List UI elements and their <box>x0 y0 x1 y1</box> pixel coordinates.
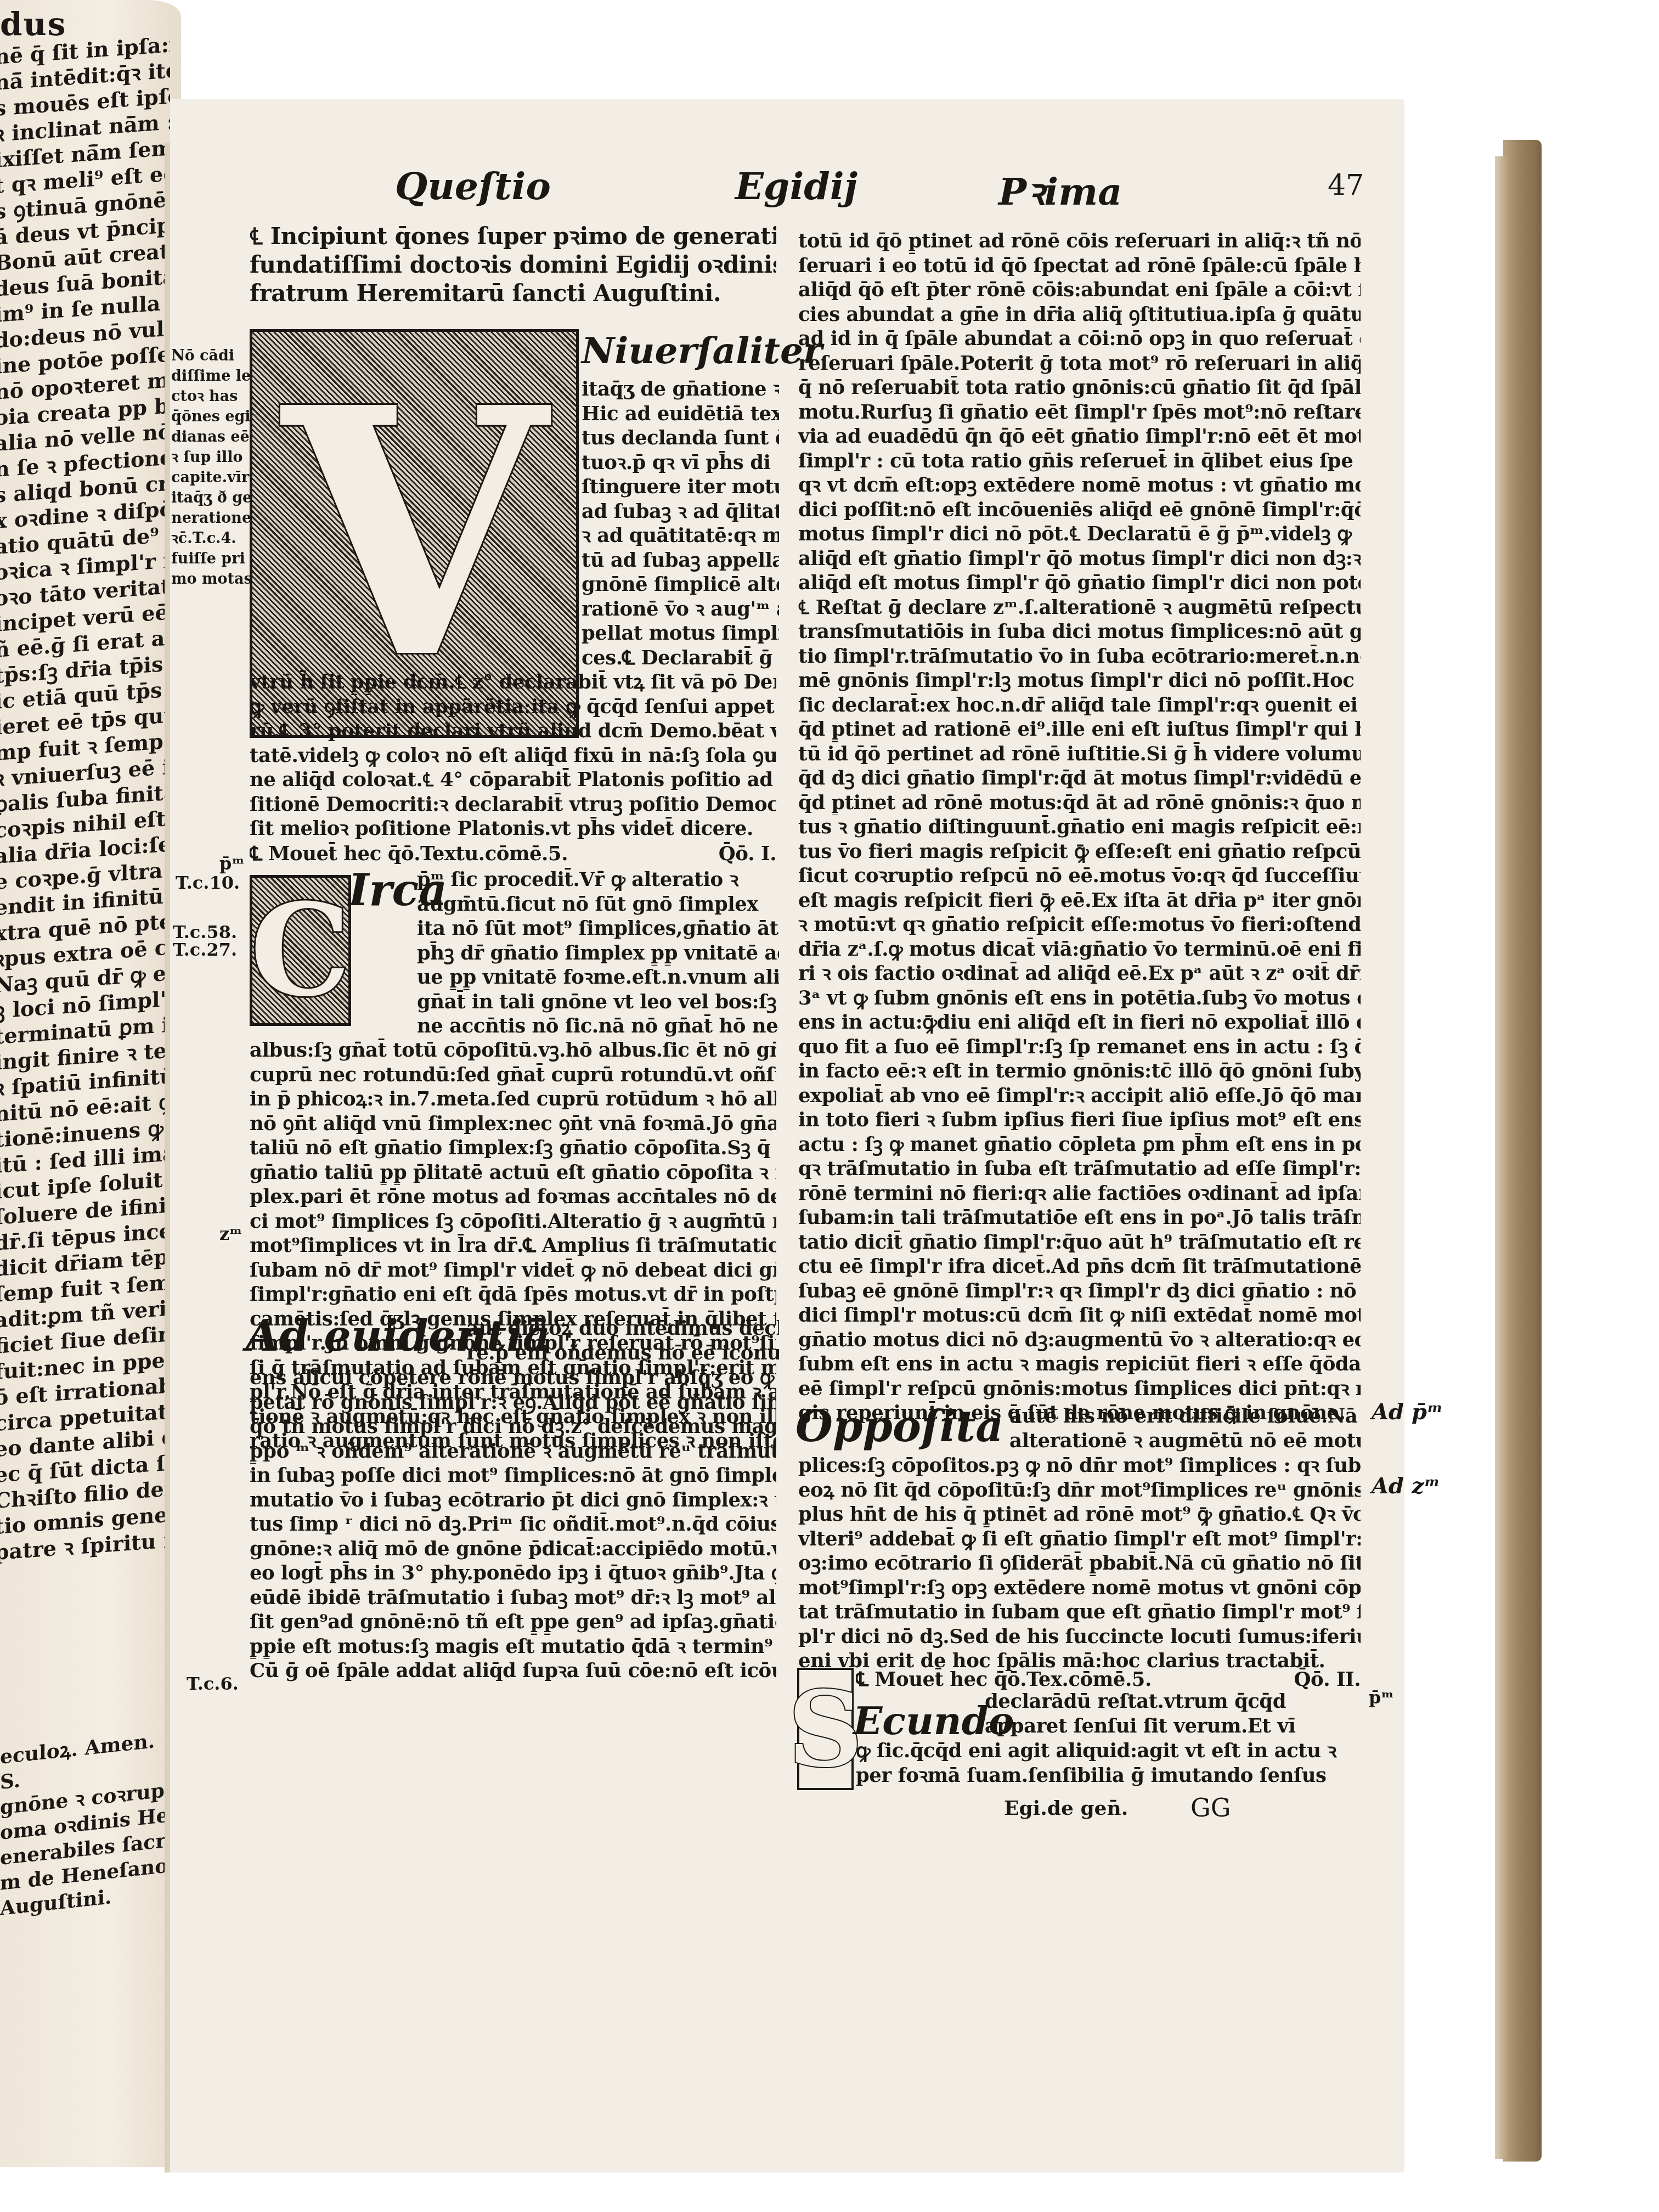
text-line: aliq̄d eſt gn̄atio ſimpl'r q̄ō motus ſim… <box>798 547 1361 572</box>
rubric-questio-2: ℄ Mouet̄ hec q̄ō.Tex.cōmē.5.Q̄ō. II. <box>856 1668 1361 1692</box>
text-line: ꝛ motū:vt qꝛ gn̄atio reſpicit eſſe:motus… <box>798 913 1361 938</box>
text-line: ſubam nō dr̄ mot⁹ ſimpl'r videt̄ ꝙ nō de… <box>250 1259 776 1283</box>
text-line: aliq̄d q̄ō eſt p̄ter rōnē cōis:abundat e… <box>798 278 1361 303</box>
header-egidii: Egidij <box>735 165 857 208</box>
signature-mark: GG <box>1190 1793 1231 1822</box>
text-line: ph̄ꝫ dr̄ gn̄atio ſimplex p̱p̱ vnitatē ac… <box>417 941 779 966</box>
text-beside-ad-evidentiam: aūt dictoꝝ duo intēdimus declarare.p̄ en… <box>466 1317 779 1365</box>
text-line: transſmutatiōis in ſuba dici motus ſimpl… <box>798 620 1361 645</box>
text-line: quo fit a ſuo eē ſimpl'r:ſꝫ ſp̱ remanet … <box>798 1035 1361 1060</box>
text-line: oꝫ:imo ecōtrario ſi ꝯſiderāt̄ p̱babit̄.N… <box>798 1551 1361 1576</box>
text-line: vtrū h̄ ſit p̱p̱ie dcm̄.℄ z° declarabit̄… <box>250 670 776 695</box>
text-line: ꝙ verū ꝯſiſtat in appārētia:ita ꝙ q̄cq̄d… <box>250 695 776 720</box>
text-line: mot⁹ſimpl'r:ſꝫ opꝫ extēdere nomē motus v… <box>798 1576 1361 1601</box>
text-line: pellat motus ſimpli <box>582 622 779 646</box>
text-line: eē ſimpl'r reſpcū gnōnis:motus ſimplices… <box>798 1377 1361 1402</box>
rubric-text: ℄ Mouet̄ hec q̄ō.Textu.cōmē.5. <box>250 843 568 865</box>
rubric-number: Q̄ō. II. <box>1294 1668 1361 1692</box>
text-line: tū id q̄ō pertinet ad rōnē iuſtitie.Si ḡ… <box>798 742 1361 767</box>
left-body-3: ens alicui cōpetere rōnē motus ſimpl'r a… <box>250 1366 776 1684</box>
text-line: petat rō gnōnis ſimpl'r:ꝛ eꝯ.Aliq̄d pōt … <box>250 1391 776 1415</box>
footer-title: Egi.de gen̄. <box>1004 1797 1128 1820</box>
text-line: ces.℄ Declarabit̄ ḡ <box>582 646 779 671</box>
text-line: autē his nō erit difficile ſoluē.Nā cū d… <box>1009 1404 1361 1429</box>
incipit-title: ℄ Incipiunt q̄ones ſuper pꝛimo de genera… <box>250 222 776 308</box>
text-line: mē gnōnis ſimpl'r:lꝫ motus ſimpl'r dici … <box>798 669 1361 693</box>
folio-number: 47 <box>1328 169 1364 202</box>
opening-word-opposita: Oppoſita <box>795 1402 1003 1452</box>
text-line: Nō cādi <box>171 346 252 366</box>
text-line: tio ſimpl'r.trāſmutatio v̄o in ſuba ecōt… <box>798 645 1361 669</box>
text-line: gn̄atio taliū p̱p̱ p̄litatē actuū eſt gn… <box>250 1161 776 1186</box>
text-line: ſimpl'r:gn̄atio eni eſt q̄dā ſpēs motus.… <box>250 1283 776 1307</box>
initial-letter-v: V <box>282 364 546 704</box>
text-line: apparet ſenſui ſit verum.Et vī <box>985 1714 1363 1739</box>
text-line: rū.℄ 3° poterit declari vtrū aliud dcm̄ … <box>250 719 776 744</box>
text-line: gn̄at̄ in tali gnōne vt leo vel bos:ſꝫ i… <box>417 990 779 1015</box>
text-line: in ſubaꝫ poſſe dici mot⁹ ſimplices:nō āt… <box>250 1464 776 1488</box>
text-line: tus v̄o fieri magis reſpicit ꝙ̄ eſſe:eſt… <box>798 840 1361 865</box>
text-line: itaq̄ʒ de gn̄atione ꝛc̄. <box>582 377 779 402</box>
text-line: tatē.videlꝫ ꝙ coloꝛ nō eſt aliq̄d fixū i… <box>250 744 776 769</box>
text-line: ita nō ſūt mot⁹ ſimplices,gn̄atio āt ſub… <box>417 917 779 941</box>
margin-note-primum: p̄ᵐ <box>219 853 245 874</box>
text-line: eoꝝ nō ſit q̄d cōpoſitū:ſꝫ dn̄r mot⁹ſimp… <box>798 1479 1361 1503</box>
text-line: tus ſimp ʳ dici nō dꝫ.Priᵐ ſic oñdit̄.mo… <box>250 1513 776 1537</box>
margin-note-ad-secundum: Ad zᵐ <box>1372 1476 1440 1497</box>
text-line: reſeruari ſpāle.Poterit ḡ tota mot⁹ rō r… <box>798 352 1361 376</box>
text-line: ſit melioꝛ poſitione Platonis.vt ph̄s vi… <box>250 817 776 842</box>
margin-note-secundum: zᵐ <box>219 1223 242 1244</box>
rubric-questio-1: ℄ Mouet̄ hec q̄ō.Textu.cōmē.5.Q̄ō. I. <box>250 842 776 867</box>
text-line: ꝙ ſic.q̄cq̄d eni agit aliquid:agit vt eſ… <box>856 1739 1361 1764</box>
text-line: ctu eē ſimpl'r ifra dicet̄.Ad pn̄s dcm̄ … <box>798 1255 1361 1279</box>
text-line: ci mot⁹ ſimplices ſꝫ cōpoſiti.Alteratio … <box>250 1210 776 1234</box>
fore-edge-inner <box>1495 156 1508 2159</box>
text-line: in toto fieri ꝛ ſubm ipſius fieri ſiue i… <box>798 1108 1361 1133</box>
text-line: mot⁹ſimplices vt in l̄ra dr̄.℄ Amplius ſ… <box>250 1234 776 1259</box>
rubric-number: Q̄ō. I. <box>719 842 776 867</box>
text-beside-opposita: autē his nō erit difficile ſoluē.Nā cū d… <box>1009 1404 1361 1453</box>
text-line: ne aliq̄d coloꝛat.℄ 4° cōparabit̄ Platon… <box>250 768 776 793</box>
text-line: q̄d dꝫ dici gn̄atio ſimpl'r:q̄d āt motus… <box>798 766 1361 791</box>
left-page-colophon: ecu­loꝝ. Amen.S.gnōne ꝛ coꝛruptione ꝑaom… <box>0 1726 176 1921</box>
right-body-1: totū id q̄ō p̱tinet ad rōnē cōis reſerua… <box>798 229 1361 1426</box>
text-line: albus:ſꝫ gn̄at̄ totū cōpoſitū.vꝫ.hō albu… <box>250 1039 776 1063</box>
left-body-1: vtrū h̄ ſit p̱p̱ie dcm̄.℄ z° declarabit̄… <box>250 670 776 842</box>
text-line: ſubaꝫ eē gnōnē ſimpl'r:ꝛ qꝛ ſimpl'r dꝫ d… <box>798 1279 1361 1304</box>
text-line: tus ꝛ gn̄atio diſtinguunt̄.gn̄atio eni m… <box>798 815 1361 840</box>
text-line: nō ꝯn̄t aliq̄d vnū ſimplex:nec ꝯn̄t vnā … <box>250 1112 776 1137</box>
text-line: cies abundat a gn̄e in dr̄ia aliq̄ ꝯſtit… <box>798 303 1361 328</box>
text-line: mo motas <box>171 569 252 589</box>
text-line: qꝛ vt dcm̄ eſt:opꝫ extēdere nomē motus :… <box>798 473 1361 498</box>
text-line: alterationē ꝛ augmētū nō eē motus ſim <box>1009 1429 1361 1454</box>
text-line: totū id q̄ō p̱tinet ad rōnē cōis reſerua… <box>798 229 1361 254</box>
text-line: p̱p̱ie eſt motus:ſꝫ magis eſt mutatio q̄… <box>250 1635 776 1660</box>
text-line: dr̄ia zᵃ.ſ.ꝙ motus dicat̄ viā:gn̄atio v̄… <box>798 938 1361 962</box>
text-line: q̄ōnes egi <box>171 407 252 427</box>
initial-letter-s: S <box>788 1668 863 1790</box>
text-line: ſeruari i eo totū id q̄ō ſpectat ad rōnē… <box>798 254 1361 279</box>
text-line: itaq̄ʒ ð ge <box>171 488 252 508</box>
fore-edge <box>1503 140 1542 2162</box>
text-line: expoliat̄ ab vno eē ſimpl'r:ꝛ accipit al… <box>798 1084 1361 1109</box>
text-line: plus hn̄t de his q̄ p̱tinēt ad rōnē mot⁹… <box>798 1503 1361 1527</box>
left-page: dus nē q̄ ſit in ipſa:ſed p̱ canā̄ intēd… <box>0 0 181 2167</box>
decorated-initial-c: C <box>250 875 351 1026</box>
margin-note-tc27: T.c.27. <box>173 939 237 960</box>
rubric-text: ℄ Mouet̄ hec q̄ō.Tex.cōmē.5. <box>856 1668 1152 1691</box>
text-line: ſic declarat̄:ex hoc.n.dr̄ aliq̄d tale ſ… <box>798 693 1361 718</box>
text-line: taliū nō eſt gn̄atio ſimplex:ſꝫ gn̄atio … <box>250 1136 776 1161</box>
text-line: re.p̄ eni oñdemus nō eē iconueni <box>466 1341 779 1366</box>
incipit-line: ℄ Incipiunt q̄ones ſuper pꝛimo de genera… <box>250 222 776 251</box>
text-line: p̱po ᵐ ꝛ oñdem⁹ alterationē ꝛ augmētū re… <box>250 1440 776 1464</box>
opening-word-niversaliter: Niuerſaliter <box>582 329 822 372</box>
text-line: ue p̱p̱ vnitatē foꝛme.eſt.n.vnum aliq̄d … <box>417 966 779 990</box>
text-line: plex.pari ēt rōne motus ad foꝛmas accn̄t… <box>250 1185 776 1210</box>
margin-note-primum-2: p̄ᵐ <box>1369 1687 1394 1708</box>
text-line: q̄d p̱tinet ad rationē ei⁹.ille eni eſt … <box>798 718 1361 742</box>
text-line: p̄ᵐ ſic procedit̄.Vr̄ ꝙ alteratio ꝛ <box>417 868 779 893</box>
text-line: vlteri⁹ addebat̄ ꝙ ſi eſt gn̄atio ſimpl'… <box>798 1527 1361 1552</box>
text-line: ꝛ ad quātitatē:qꝛ mo <box>582 524 779 549</box>
text-line: rōnē termini nō fieri:qꝛ alie factiōes o… <box>798 1182 1361 1206</box>
text-beside-ecundo: declarādū reſtat.vtrum q̄cq̄dapparet ſen… <box>985 1690 1363 1739</box>
text-line: rationē v̄o ꝛ aug'ᵐ ap <box>582 597 779 622</box>
text-line: eſt magis reſpicit fieri ꝙ̄ eē.Ex iſta ā… <box>798 889 1361 913</box>
text-line: tat trāſmutatio in ſubam que eſt gn̄atio… <box>798 1600 1361 1625</box>
text-line: capite.vīr <box>171 467 252 488</box>
text-line: diſſime le <box>171 366 252 386</box>
header-questio: Queſtio <box>395 165 551 208</box>
text-line: mutatio v̄o i ſubaꝫ ecōtrario p̄t dici g… <box>250 1488 776 1513</box>
text-line: ſicut coꝛruptio reſpcū nō eē.motus v̄o:q… <box>798 864 1361 889</box>
text-line: actu : ſꝫ ꝙ manet gn̄atio cōpleta ꝑm ph̄… <box>798 1133 1361 1158</box>
text-line: cuprū nec rotundū:ſed gn̄at̄ cuprū rotun… <box>250 1063 776 1088</box>
text-line: ſubam:in tali trāſmutatiōe eſt ens in po… <box>798 1206 1361 1231</box>
right-body-2: plices:ſꝫ cōpoſitos.pꝫ ꝙ nō dn̄r mot⁹ ſi… <box>798 1454 1361 1674</box>
text-line: augm̄tū.ſicut nō ſūt gnō ſimplex <box>417 893 779 917</box>
text-line: ri ꝛ ois factio oꝛdinat̄ ad aliq̄d eē.Ex… <box>798 962 1361 986</box>
text-line: q̄ nō reſeruabit̄ tota ratio gnōnis:cū g… <box>798 376 1361 400</box>
text-line: Cū ḡ oē ſpāle addat aliq̄d ſupꝛa ſuū cōe… <box>250 1659 776 1684</box>
text-line: q̄d p̱tinet ad rōnē motus:q̄d āt ad rōnē… <box>798 791 1361 816</box>
text-line: ſitionē Democriti:ꝛ declarabit̄ vtruꝫ po… <box>250 793 776 817</box>
text-line: ens alicui cōpetere rōnē motus ſimpl'r a… <box>250 1366 776 1391</box>
text-line: ne accn̄tis nō ſic.nā nō gn̄at̄ hō nec g… <box>417 1014 779 1039</box>
text-line: in p̄ phicoꝝ:ꝛ in.7.meta.ſed cuprū rotūd… <box>250 1087 776 1112</box>
text-line: fuiſſe pri <box>171 549 252 569</box>
text-line: gnōne:ꝛ aliq̄ mō de gnōne p̄dicat̄:accip… <box>250 1537 776 1562</box>
margin-note-non-candidissime: Nō cādidiſſime lectoꝛ hasq̄ōnes egidiana… <box>171 346 252 589</box>
text-line: ens in actu:ꝙ̄diu eni aliq̄d eſt in fier… <box>798 1011 1361 1035</box>
text-line: eo logt̄ ph̄s in 3° phy.ponēdo ipꝫ i q̄t… <box>250 1561 776 1586</box>
text-line: declarādū reſtat.vtrum q̄cq̄d <box>985 1690 1363 1714</box>
right-body-3: ꝙ ſic.q̄cq̄d eni agit aliquid:agit vt eſ… <box>856 1739 1361 1788</box>
text-line: via ad euadēdū q̄n q̄ō eēt gn̄atio ſimpl… <box>798 425 1361 449</box>
text-beside-initial-v: itaq̄ʒ de gn̄atione ꝛc̄.Hic ad euidētiā … <box>582 377 779 670</box>
text-line: eūdē ibidē trāſmutatio i ſubaꝫ mot⁹ dr̄:… <box>250 1586 776 1611</box>
text-beside-initial-c: p̄ᵐ ſic procedit̄.Vr̄ ꝙ alteratio ꝛaugm̄… <box>417 868 779 1039</box>
incipit-line: fundatiſſimi doctoꝛis domini Egidij oꝛdi… <box>250 251 776 279</box>
page-header: Queſtio Egidij Pꝛima 47 <box>395 165 1383 219</box>
margin-note-tc10: T.c.10. <box>176 872 240 893</box>
text-line: 3ᵃ vt ꝙ ſubm gnōnis eſt ens in potētia.ſ… <box>798 986 1361 1011</box>
text-line: qꝛ trāſmutatio in ſuba eſt trāſmutatio a… <box>798 1157 1361 1182</box>
text-line: ſit gen⁹ad gnōnē:nō tñ eſt p̱p̱e gen⁹ ad… <box>250 1610 776 1635</box>
text-line: ctoꝛ has <box>171 386 252 407</box>
text-line: ꝛ ſup illo <box>171 447 252 467</box>
decorated-initial-s: S <box>797 1668 854 1790</box>
text-line: neratione <box>171 508 252 528</box>
left-running-head: dus <box>0 5 66 43</box>
text-line: ꝛc̄.T.c.4. <box>171 528 252 549</box>
text-line: q̄ō tñ motus ſimpl'r dici nō dꝫ.z° deſcē… <box>250 1415 776 1440</box>
text-line: ℄ Reſtat ḡ declare zᵐ.ſ.alterationē ꝛ au… <box>798 596 1361 620</box>
text-line: dici poſſit:nō eſt incōueniēs aliq̄d eē … <box>798 498 1361 523</box>
text-line: ſtinguere iter motuꝫ <box>582 475 779 500</box>
left-page-text: nē q̄ ſit in ipſa:ſed p̱ canā̄ intēdit:q… <box>0 32 170 1565</box>
text-line: per foꝛmā ſuam.ſenſibilia ḡ imutando ſen… <box>856 1764 1361 1788</box>
text-line: tatio dicit̄ gn̄atio ſimpl'r:q̄uo aūt h⁹… <box>798 1231 1361 1255</box>
text-line: gn̄atio motus dici nō dꝫ:augmentū v̄o ꝛ … <box>798 1328 1361 1353</box>
text-line: tuoꝛ.p̄ qꝛ vī ph̄s di <box>582 451 779 476</box>
margin-note-ad-primum: Ad p̄ᵐ <box>1372 1402 1443 1423</box>
text-line: tū ad ſubaꝫ appellat <box>582 549 779 573</box>
text-line: aliq̄d eſt motus ſimpl'r q̄ō gn̄atio ſim… <box>798 571 1361 596</box>
text-line: Hic ad euidētiā tex <box>582 402 779 427</box>
text-line: aūt dictoꝝ duo intēdimus declara <box>466 1317 779 1341</box>
text-line: tus declanda ſunt q̄ <box>582 426 779 451</box>
text-line: ad ſubaꝫ ꝛ ad q̄litatē <box>582 500 779 524</box>
incipit-line: fratrum Heremitarū ſancti Auguſtini. <box>250 279 776 308</box>
text-line: in facto eē:ꝛ eſt in termio gnōnis:tc̄ i… <box>798 1059 1361 1084</box>
text-line: gnōnē ſimplicē alte <box>582 573 779 597</box>
text-line: ſimpl'r : cū tota ratio gn̄is reſeruet̄ … <box>798 449 1361 474</box>
text-line: dici ſimpl'r motus:cū dcm̄ ſit ꝙ niſi ex… <box>798 1304 1361 1328</box>
text-line: plices:ſꝫ cōpoſitos.pꝫ ꝙ nō dn̄r mot⁹ ſi… <box>798 1454 1361 1479</box>
text-line: motu.Rurſuꝫ ſi gn̄atio eēt ſimpl'r ſpēs … <box>798 400 1361 425</box>
header-prima: Pꝛima <box>998 165 1122 216</box>
text-line: ſubm eſt ens in actu ꝛ magis repiciūt fi… <box>798 1352 1361 1377</box>
initial-letter-c: C <box>250 877 351 1025</box>
text-line: pl'r dici nō dꝫ.Sed de his ſuccincte loc… <box>798 1625 1361 1650</box>
text-line: motus ſimpl'r dici nō pōt.℄ Declaratū ē … <box>798 522 1361 547</box>
text-line: dianas eē <box>171 427 252 447</box>
margin-note-tc6: T.c.6. <box>187 1673 239 1694</box>
text-line: ad id in q̄ ſpāle abundat a cōi:nō opꝫ i… <box>798 327 1361 352</box>
